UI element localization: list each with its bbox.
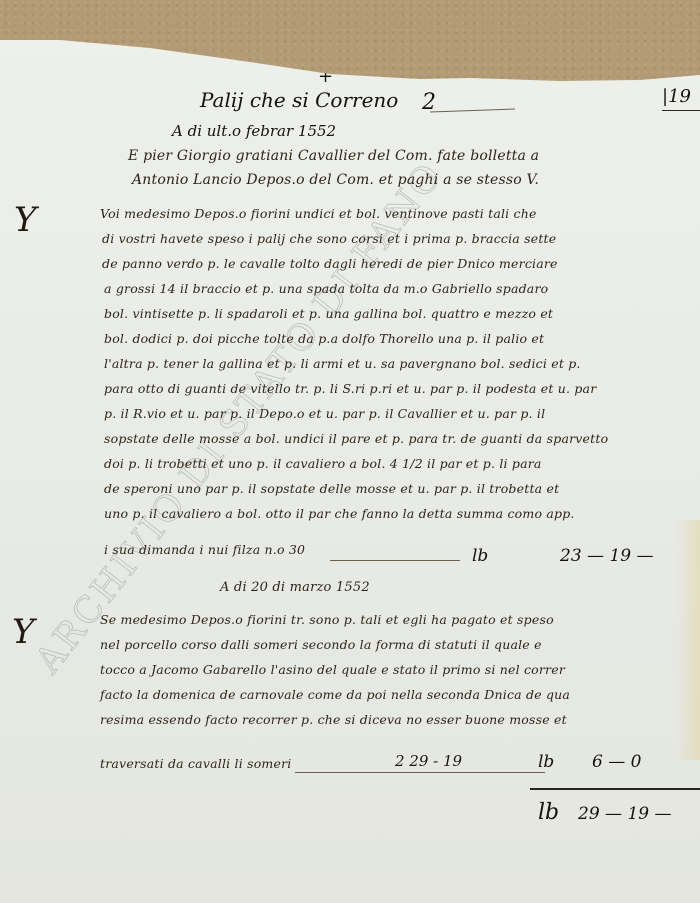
entry1-line: de panno verdo p. le cavalle tolto dagli… [102,256,558,271]
entry1-line: doi p. li trobetti et uno p. il cavalier… [104,456,542,471]
entry1-line: di vostri havete speso i palij che sono … [102,231,556,246]
entry2-line: nel porcello corso dalli someri secondo … [100,637,542,652]
entry2-line: resima essendo facto recorrer p. che si … [100,712,567,727]
entry1-line: para otto di guanti de vitello tr. p. li… [104,381,596,396]
entry1-currency-mark: lb [472,546,488,566]
entry2-amount: 6 — 0 [592,752,641,772]
entry1-line: bol. dodici p. doi picche tolte da p.a d… [104,331,544,346]
entry1-leader-line [330,560,460,561]
folio-number: |19 [662,86,691,107]
entry1-line: Voi medesimo Depos.o fiorini undici et b… [100,206,537,221]
entry1-line: uno p. il cavaliero a bol. otto il par c… [104,506,575,521]
entry1-margin-mark: Y [14,200,36,240]
entry1-line: Antonio Lancio Depos.o del Com. et paghi… [132,172,539,188]
entry1-line: de speroni uno par p. il sopstate delle … [104,481,559,496]
title-underline [430,109,515,113]
entry2-margin-mark: Y [12,612,34,652]
total-currency-mark: lb [538,800,559,825]
total-rule [530,788,700,790]
folio-underline [662,110,700,111]
entry1-line: bol. vintisette p. li spadaroli et p. un… [104,306,553,321]
entry2-leader-line [295,772,545,773]
manuscript-page: ARCHIVIO DI STATO DI FANO + Palij che si… [0,0,700,903]
entry2-line: traversati da cavalli li someri [100,756,291,771]
entry1-line: p. il R.vio et u. par p. il Depo.o et u.… [104,406,545,421]
entry1-line: E pier Giorgio gratiani Cavallier del Co… [128,148,539,164]
entry2-line: tocco a Jacomo Gabarello l'asino del qua… [100,662,565,677]
entry2-currency-mark: lb [538,752,554,772]
total-amount: 29 — 19 — [578,804,671,824]
page-title: Palij che si Correno [200,88,398,112]
entry2-inline-amount: 2 29 - 19 [395,752,462,770]
folio-number-value: 19 [668,86,691,107]
entry1-line: i sua dimanda i nui filza n.o 30 [104,542,305,557]
entry1-date: A di ult.o febrar 1552 [172,122,336,140]
entry2-line: Se medesimo Depos.o fiorini tr. sono p. … [100,612,554,627]
entry1-line: sopstate delle mosse a bol. undici il pa… [104,431,608,446]
entry1-line: a grossi 14 il braccio et p. una spada t… [104,281,548,296]
entry2-date: A di 20 di marzo 1552 [220,580,370,595]
entry2-line: facto la domenica de carnovale come da p… [100,687,570,702]
entry1-line: l'altra p. tener la gallina et p. li arm… [104,356,581,371]
entry1-amount: 23 — 19 — [560,546,653,566]
